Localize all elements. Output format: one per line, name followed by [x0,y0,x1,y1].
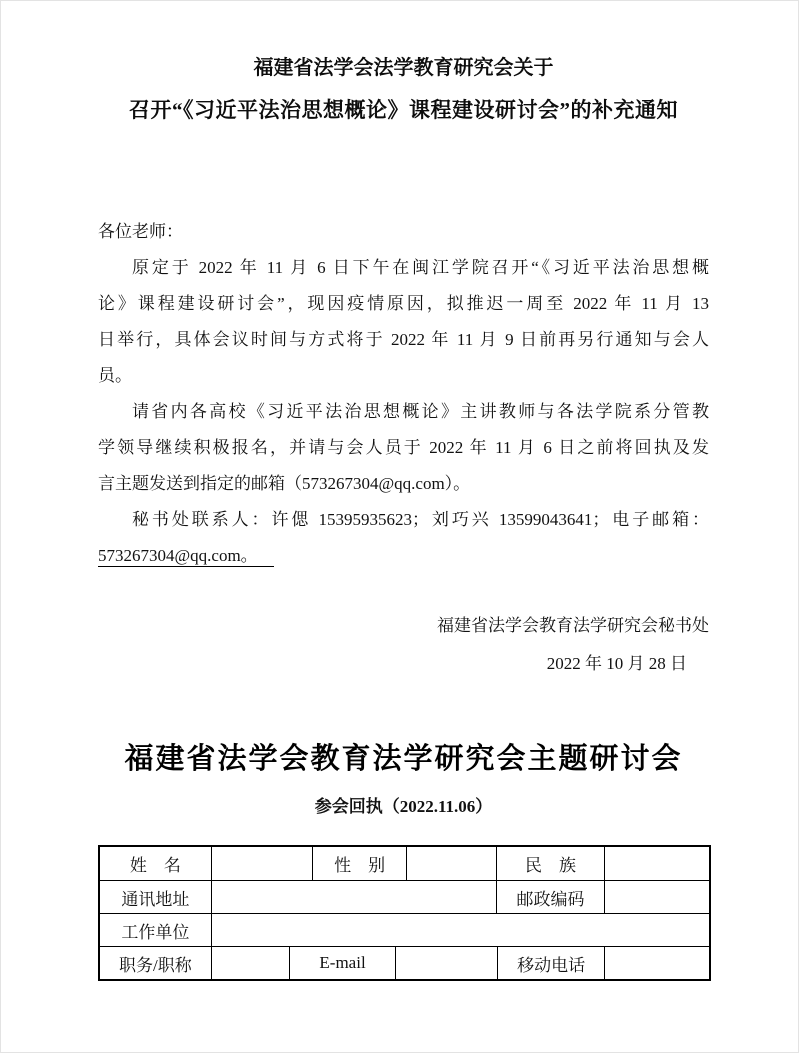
paragraph-2: 请省内各高校《习近平法治思想概论》主讲教师与各法学院系分管教 学领导继续积极报名… [98,394,709,502]
reply-table: 姓 名 性 别 民 族 通讯地址 邮政编码 工作单位 职务/职称 E-mail [98,845,711,981]
para3-line2: 573267304@qq.com。 [98,538,709,574]
position-input-cell[interactable] [211,947,290,979]
name-label-cell: 姓 名 [100,847,211,880]
para3-line1: 秘书处联系人：许偲 15395935623；刘巧兴 13599043641；电子… [98,502,709,538]
signature-line: 福建省法学会教育法学研究会秘书处 [98,607,709,645]
position-label-cell: 职务/职称 [100,947,211,979]
name-input-cell[interactable] [211,847,312,880]
para2-line2: 学领导继续积极报名，并请与会人员于 2022 年 11 月 6 日之前将回执及发 [98,430,709,466]
table-row-2: 通讯地址 邮政编码 [100,880,709,913]
salutation: 各位老师： [98,214,709,250]
table-row-4: 职务/职称 E-mail 移动电话 [100,946,709,979]
para1-line1: 原定于 2022 年 11 月 6 日下午在闽江学院召开“《习近平法治思想概 [98,250,709,286]
para2-line3: 言主题发送到指定的邮箱（573267304@qq.com）。 [98,466,709,502]
gender-input-cell[interactable] [406,847,496,880]
document-content: 福建省法学会法学教育研究会关于 召开“《习近平法治思想概论》课程建设研讨会”的补… [1,1,798,981]
reply-form-heading: 福建省法学会教育法学研究会主题研讨会 [98,739,709,779]
para1-line2: 论》课程建设研讨会”，现因疫情原因，拟推迟一周至 2022 年 11 月 13 [98,286,709,322]
document-page: 福建省法学会法学教育研究会关于 召开“《习近平法治思想概论》课程建设研讨会”的补… [0,0,799,1053]
ethnicity-label-cell: 民 族 [496,847,603,880]
email-link[interactable]: 573267304@qq.com。 [98,546,274,567]
notice-title-line2: 召开“《习近平法治思想概论》课程建设研讨会”的补充通知 [98,97,709,124]
notice-title-line1: 福建省法学会法学教育研究会关于 [98,55,709,82]
gender-label-cell: 性 别 [312,847,406,880]
mobile-label-cell: 移动电话 [497,947,604,979]
para1-line3: 日举行，具体会议时间与方式将于 2022 年 11 月 9 日前再另行通知与会人 [98,322,709,358]
address-input-cell[interactable] [211,881,497,913]
employer-label-cell: 工作单位 [100,914,211,946]
mobile-input-cell[interactable] [604,947,709,979]
email-input-cell[interactable] [395,947,497,979]
date-line: 2022 年 10 月 28 日 [98,645,709,683]
paragraph-3: 秘书处联系人：许偲 15395935623；刘巧兴 13599043641；电子… [98,502,709,574]
para1-line4: 员。 [98,358,709,394]
table-row-1: 姓 名 性 别 民 族 [100,847,709,880]
postcode-label-cell: 邮政编码 [496,881,603,913]
postcode-input-cell[interactable] [604,881,709,913]
reply-form-subheading: 参会回执（2022.11.06） [98,795,709,819]
address-label-cell: 通讯地址 [100,881,211,913]
table-row-3: 工作单位 [100,913,709,946]
para2-line1: 请省内各高校《习近平法治思想概论》主讲教师与各法学院系分管教 [98,394,709,430]
email-label-cell: E-mail [289,947,394,979]
ethnicity-input-cell[interactable] [604,847,709,880]
paragraph-1: 原定于 2022 年 11 月 6 日下午在闽江学院召开“《习近平法治思想概 论… [98,250,709,394]
employer-input-cell[interactable] [211,914,709,946]
